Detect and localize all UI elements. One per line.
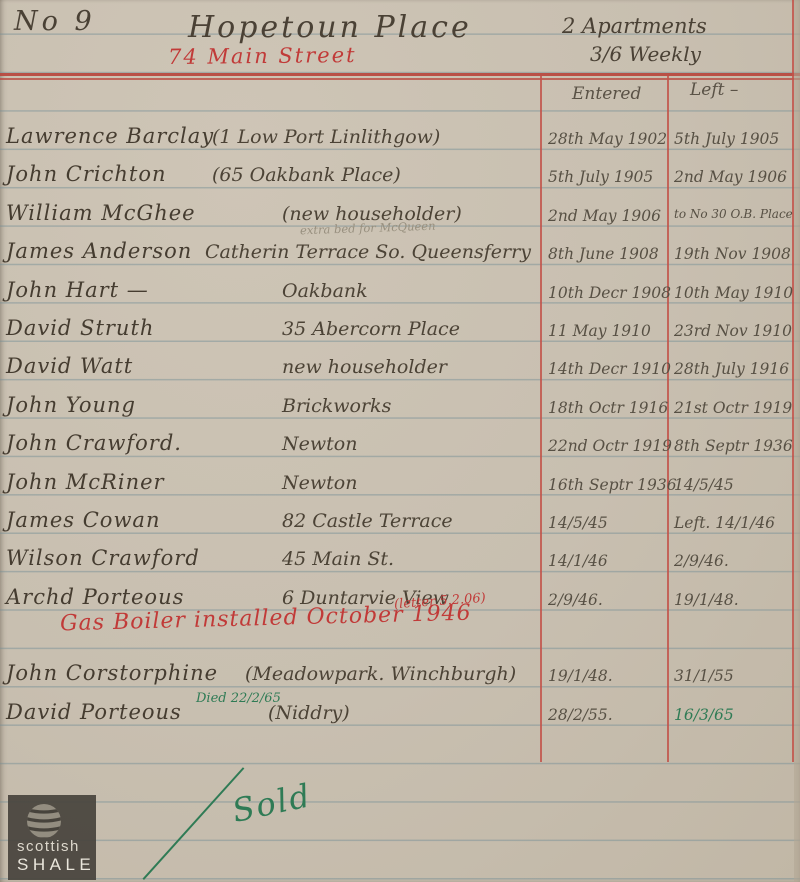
entered-date: 18th Octr 1916 — [548, 399, 666, 417]
tenant-address: (Niddry) — [268, 702, 350, 724]
tenant-address: (65 Oakbank Place) — [212, 164, 401, 186]
tenant-name: John McRiner — [6, 470, 165, 494]
left-date: 19th Nov 1908 — [674, 245, 796, 263]
sold-annotation: Sold — [140, 782, 400, 882]
ledger-page: No 9 Hopetoun Place 2 Apartments 74 Main… — [0, 0, 800, 882]
ledger-row: John YoungBrickworks18th Octr 191621st O… — [0, 381, 800, 419]
scottish-shale-watermark: scottish SHALE — [8, 795, 96, 880]
tenant-name: James Anderson — [6, 239, 192, 263]
ledger-row: James Cowan82 Castle Terrace14/5/45Left.… — [0, 496, 800, 534]
margin-note: extra bed for McQueen — [300, 219, 436, 238]
page-title: Hopetoun Place — [188, 10, 472, 45]
tenant-name: John Young — [6, 393, 136, 417]
watermark-line2: SHALE — [8, 855, 96, 874]
left-date: 23rd Nov 1910 — [674, 322, 796, 340]
ledger-row: David Struth35 Abercorn Place11 May 1910… — [0, 304, 800, 342]
tenant-address: (1 Low Port Linlithgow) — [212, 126, 440, 148]
ledger-row: John Crichton(65 Oakbank Place)5th July … — [0, 150, 800, 188]
street-address: 74 Main Street — [168, 43, 357, 69]
globe-icon — [22, 799, 82, 843]
weekly-rent: 3/6 Weekly — [590, 42, 701, 66]
tenant-name: John Corstorphine — [6, 661, 218, 685]
entered-date: 2/9/46. — [548, 591, 666, 609]
entered-date: 2nd May 1906 — [548, 207, 666, 225]
left-date: 16/3/65 — [674, 706, 796, 724]
ledger-row: John McRinerNewton16th Septr 193614/5/45 — [0, 458, 800, 496]
tenant-address: 35 Abercorn Place — [282, 318, 460, 340]
ledger-row: Lawrence Barclay(1 Low Port Linlithgow)2… — [0, 112, 800, 150]
entered-date: 28/2/55. — [548, 706, 666, 724]
left-date: 2/9/46. — [674, 552, 796, 570]
ledger-row: David Wattnew householder14th Decr 19102… — [0, 342, 800, 380]
left-date: Left. 14/1/46 — [674, 514, 796, 532]
entered-date: 28th May 1902 — [548, 130, 666, 148]
tenant-address: Catherin Terrace So. Queensferry — [205, 241, 531, 263]
tenant-address: 82 Castle Terrace — [282, 510, 453, 532]
tenant-address: (Meadowpark. Winchburgh) — [245, 663, 516, 685]
tenant-address: Newton — [282, 472, 357, 494]
entered-date: 14/5/45 — [548, 514, 666, 532]
tenant-name: John Hart — — [6, 278, 149, 302]
tenant-name: William McGhee — [6, 201, 196, 225]
tenant-address: new householder — [282, 356, 447, 378]
column-header-entered: Entered — [572, 84, 641, 104]
red-rule-horizontal-top — [0, 73, 800, 76]
ledger-row: John Corstorphine(Meadowpark. Winchburgh… — [0, 649, 800, 687]
entered-date: 5th July 1905 — [548, 168, 666, 186]
left-date: 5th July 1905 — [674, 130, 796, 148]
tenant-name: Archd Porteous — [6, 585, 184, 609]
entered-date: 22nd Octr 1919 — [548, 437, 666, 455]
ledger-row: Wilson Crawford45 Main St.14/1/462/9/46. — [0, 534, 800, 572]
left-date: to No 30 O.B. Place — [674, 207, 796, 221]
tenant-name: David Struth — [6, 316, 154, 340]
entered-date: 19/1/48. — [548, 667, 666, 685]
left-date: 31/1/55 — [674, 667, 796, 685]
tenant-name: David Watt — [6, 354, 133, 378]
left-date: 21st Octr 1919 — [674, 399, 796, 417]
pen-stroke — [143, 767, 245, 880]
entered-date: 11 May 1910 — [548, 322, 666, 340]
left-date: 8th Septr 1936 — [674, 437, 796, 455]
entered-date: 14th Decr 1910 — [548, 360, 666, 378]
red-rule-horizontal-bottom — [0, 78, 800, 80]
tenant-name: James Cowan — [6, 508, 160, 532]
ledger-row: John Crawford.Newton22nd Octr 19198th Se… — [0, 419, 800, 457]
left-date: 10th May 1910 — [674, 284, 796, 302]
ledger-row: James AndersonCatherin Terrace So. Queen… — [0, 227, 800, 265]
tenant-name: John Crichton — [6, 162, 167, 186]
column-header-left: Left – — [690, 80, 738, 100]
left-date: 19/1/48. — [674, 591, 796, 609]
entered-date: 16th Septr 1936 — [548, 476, 666, 494]
left-date: 14/5/45 — [674, 476, 796, 494]
tenant-address: Oakbank — [282, 280, 368, 302]
tenant-name: John Crawford. — [6, 431, 182, 455]
ledger-row: David PorteousDied 22/2/65(Niddry)28/2/5… — [0, 688, 800, 726]
tenant-name: Lawrence Barclay — [6, 124, 214, 148]
tenant-name: David Porteous — [6, 700, 182, 724]
entered-date: 14/1/46 — [548, 552, 666, 570]
house-number: No 9 — [14, 6, 96, 37]
apartments-label: 2 Apartments — [562, 14, 707, 38]
tenant-name: Wilson Crawford — [6, 546, 200, 570]
entered-date: 10th Decr 1908 — [548, 284, 666, 302]
tenant-address: Newton — [282, 433, 357, 455]
left-date: 2nd May 1906 — [674, 168, 796, 186]
tenant-address: Brickworks — [282, 395, 391, 417]
sold-label: Sold — [229, 776, 315, 830]
entered-date: 8th June 1908 — [548, 245, 666, 263]
left-date: 28th July 1916 — [674, 360, 796, 378]
tenant-address: 45 Main St. — [282, 548, 394, 570]
ledger-row: John Hart —Oakbank10th Decr 190810th May… — [0, 266, 800, 304]
